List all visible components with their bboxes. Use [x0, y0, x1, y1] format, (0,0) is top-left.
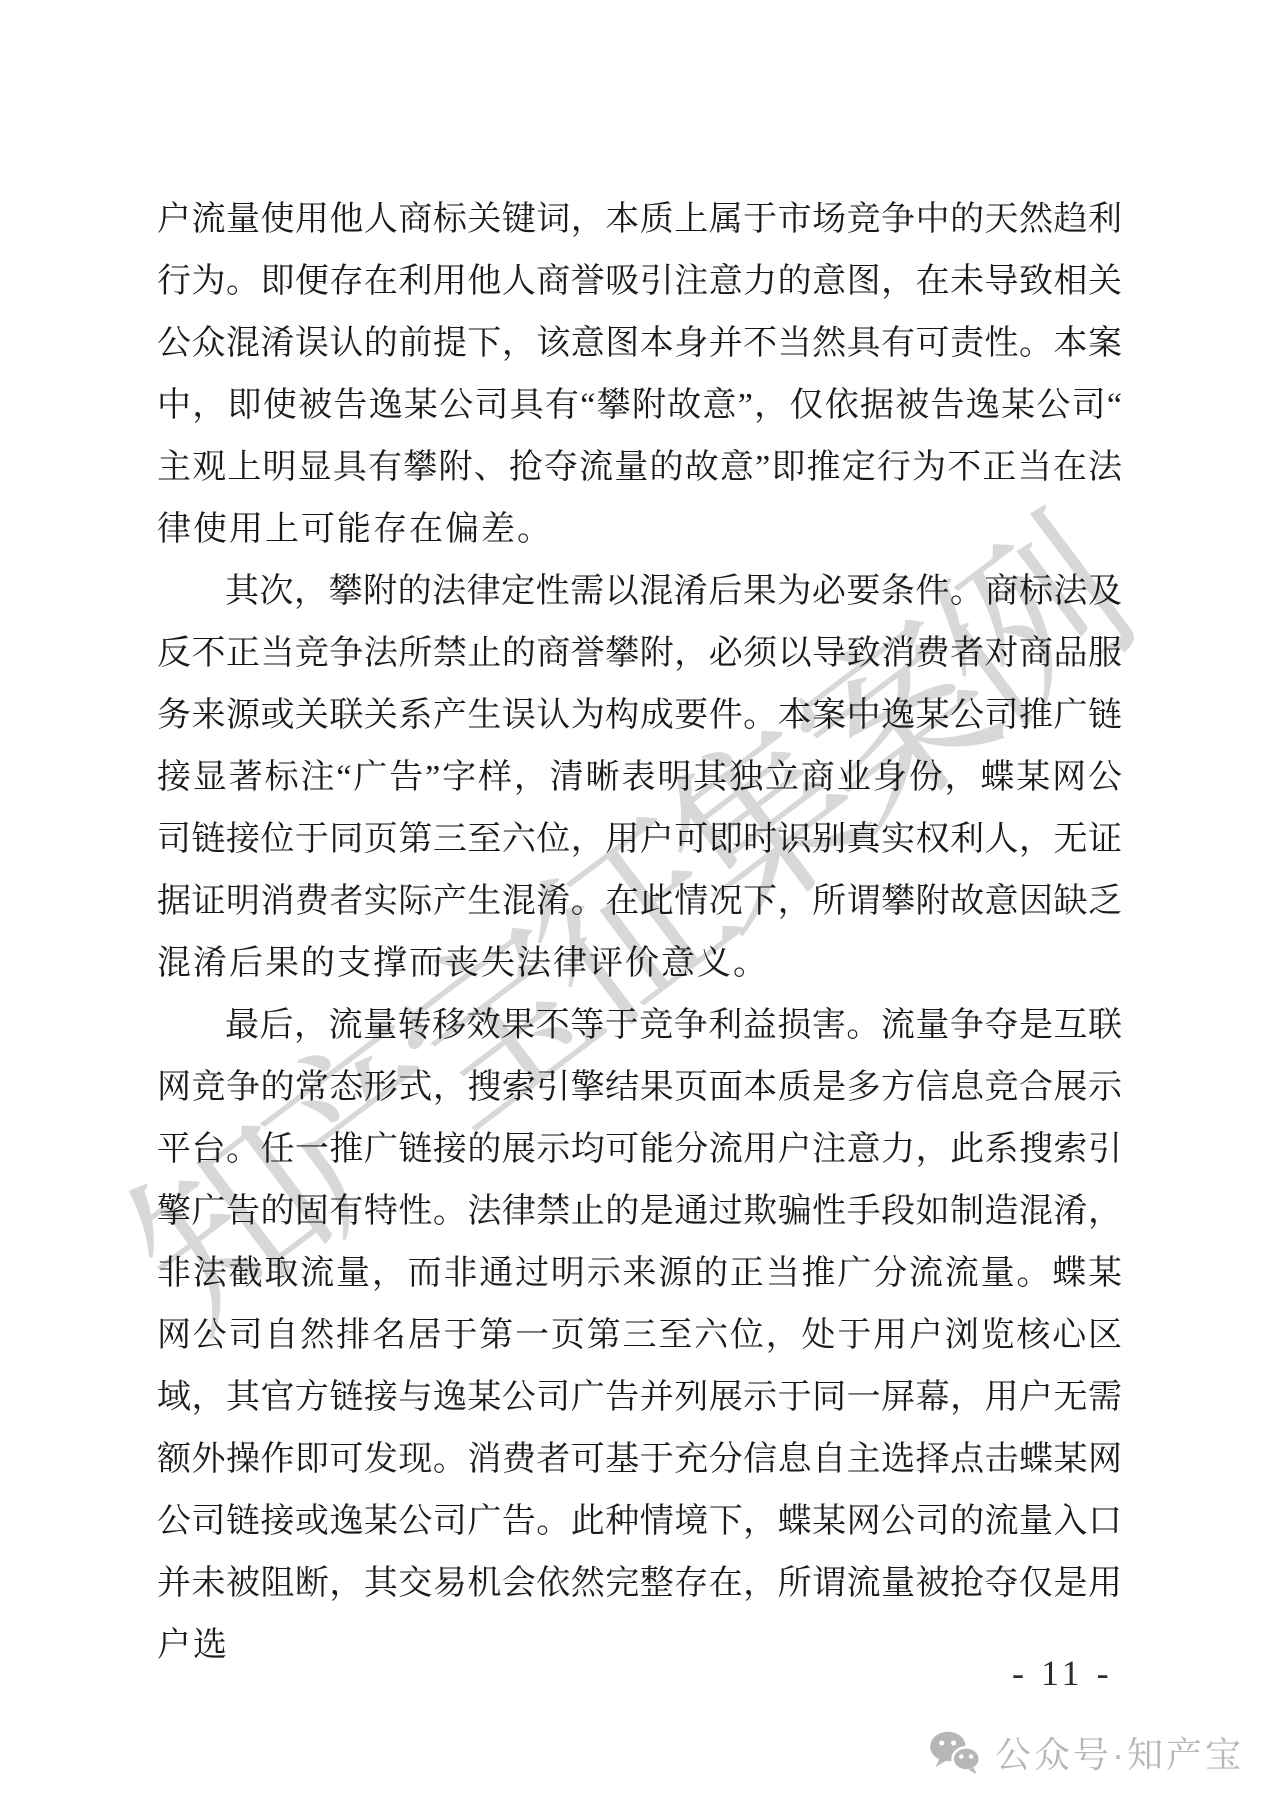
text-line: 非法截取流量，而非通过明示来源的正当推广分流流量。蝶某 — [157, 1243, 1122, 1305]
text-line: 最后，流量转移效果不等于竞争利益损害。流量争夺是互联 — [157, 995, 1122, 1057]
document-page: 知产宝征集案例 户流量使用他人商标关键词，本质上属于市场竞争中的天然趋利 行为。… — [0, 0, 1280, 1809]
text-line: 网竞争的常态形式，搜索引擎结果页面本质是多方信息竞合展示 — [157, 1057, 1122, 1119]
text-line: 接显著标注“广告”字样，清晰表明其独立商业身份，蝶某网公 — [157, 747, 1122, 809]
text-line: 务来源或关联关系产生误认为构成要件。本案中逸某公司推广链 — [157, 685, 1122, 747]
text-line: 额外操作即可发现。消费者可基于充分信息自主选择点击蝶某网 — [157, 1429, 1122, 1491]
text-line: 其次，攀附的法律定性需以混淆后果为必要条件。商标法及 — [157, 561, 1122, 623]
wechat-icon — [929, 1730, 981, 1776]
text-line: 并未被阻断，其交易机会依然完整存在，所谓流量被抢夺仅是用 — [157, 1553, 1122, 1615]
text-line: 反不正当竞争法所禁止的商誉攀附，必须以导致消费者对商品服 — [157, 623, 1122, 685]
page-number: - 11 - — [1012, 1652, 1113, 1694]
text-line: 网公司自然排名居于第一页第三至六位，处于用户浏览核心区 — [157, 1305, 1122, 1367]
text-line: 平台。任一推广链接的展示均可能分流用户注意力，此系搜索引 — [157, 1119, 1122, 1181]
text-line: 中，即使被告逸某公司具有“攀附故意”，仅依据被告逸某公司“ — [157, 375, 1122, 437]
text-line: 据证明消费者实际产生混淆。在此情况下，所谓攀附故意因缺乏 — [157, 871, 1122, 933]
text-line: 公众混淆误认的前提下，该意图本身并不当然具有可责性。本案 — [157, 313, 1122, 375]
text-line: 行为。即便存在利用他人商誉吸引注意力的意图，在未导致相关 — [157, 251, 1122, 313]
footer: 公众号·知产宝 — [929, 1727, 1244, 1778]
text-line: 律使用上可能存在偏差。 — [157, 499, 1122, 561]
text-line: 公司链接或逸某公司广告。此种情境下，蝶某网公司的流量入口 — [157, 1491, 1122, 1553]
text-line: 户选 — [157, 1615, 1122, 1677]
text-line: 域，其官方链接与逸某公司广告并列展示于同一屏幕，用户无需 — [157, 1367, 1122, 1429]
document-body: 户流量使用他人商标关键词，本质上属于市场竞争中的天然趋利 行为。即便存在利用他人… — [157, 189, 1122, 1677]
text-line: 户流量使用他人商标关键词，本质上属于市场竞争中的天然趋利 — [157, 189, 1122, 251]
text-line: 擎广告的固有特性。法律禁止的是通过欺骗性手段如制造混淆， — [157, 1181, 1122, 1243]
footer-label: 公众号·知产宝 — [995, 1727, 1244, 1778]
text-line: 主观上明显具有攀附、抢夺流量的故意”即推定行为不正当在法 — [157, 437, 1122, 499]
text-line: 混淆后果的支撑而丧失法律评价意义。 — [157, 933, 1122, 995]
text-line: 司链接位于同页第三至六位，用户可即时识别真实权利人，无证 — [157, 809, 1122, 871]
